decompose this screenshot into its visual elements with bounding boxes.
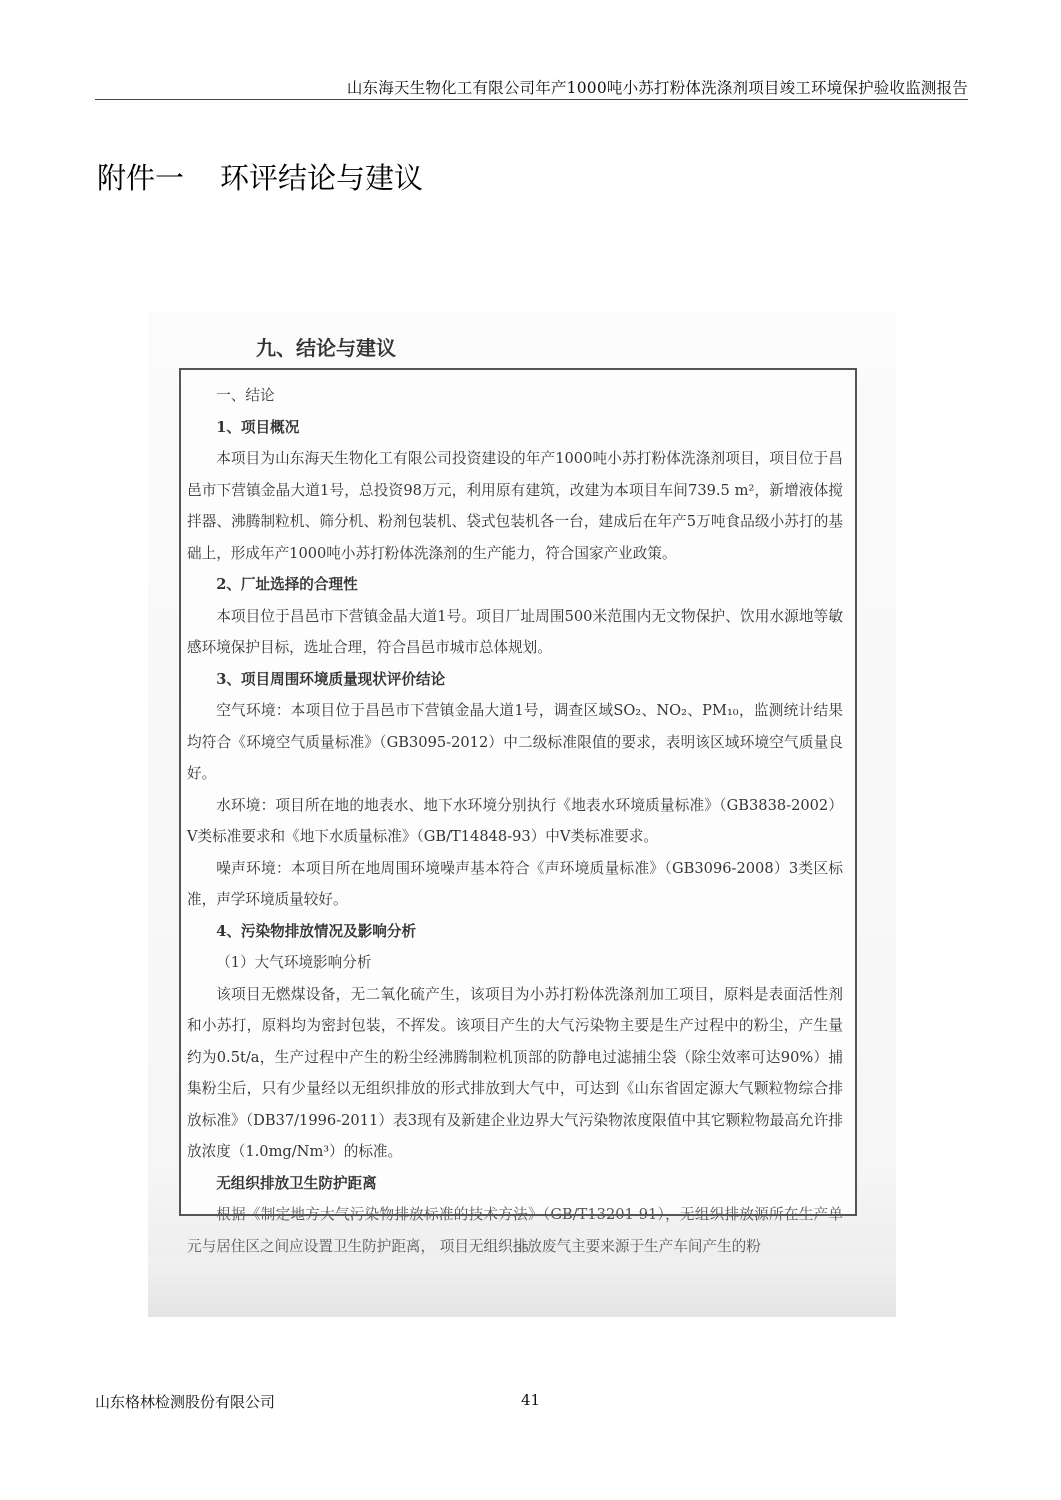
heading-environment-quality: 3、项目周围环境质量现状评价结论 (187, 664, 843, 696)
footer-company: 山东格林检测股份有限公司 (95, 1391, 275, 1412)
scanned-page-number: 35 (148, 1242, 896, 1255)
heading-air-impact: （1）大气环境影响分析 (187, 947, 843, 979)
scan-shadow (148, 1257, 896, 1317)
paragraph-air-environment: 空气环境：本项目位于昌邑市下营镇金晶大道1号，调查区域SO₂、NO₂、PM₁₀，… (187, 695, 843, 790)
heading-site-selection: 2、厂址选择的合理性 (187, 569, 843, 601)
scanned-page-image: 九、结论与建议 一、结论 1、项目概况 本项目为山东海天生物化工有限公司投资建设… (148, 312, 896, 1317)
appendix-label: 附件一 (97, 161, 184, 195)
scanned-section-heading: 九、结论与建议 (256, 332, 396, 361)
paragraph-water-environment: 水环境：项目所在地的地表水、地下水环境分别执行《地表水环境质量标准》（GB383… (187, 790, 843, 853)
appendix-heading: 环评结论与建议 (220, 161, 423, 195)
conclusion-box: 一、结论 1、项目概况 本项目为山东海天生物化工有限公司投资建设的年产1000吨… (179, 368, 857, 1216)
running-header: 山东海天生物化工有限公司年产1000吨小苏打粉体洗涤剂项目竣工环境保护验收监测报… (95, 76, 968, 98)
heading-project-overview: 1、项目概况 (187, 412, 843, 444)
paragraph-noise-environment: 噪声环境：本项目所在地周围环境噪声基本符合《声环境质量标准》（GB3096-20… (187, 853, 843, 916)
paragraph-project-overview: 本项目为山东海天生物化工有限公司投资建设的年产1000吨小苏打粉体洗涤剂项目，项… (187, 443, 843, 569)
heading-conclusion: 一、结论 (187, 380, 843, 412)
header-divider (95, 99, 968, 100)
heading-pollutant-discharge: 4、污染物排放情况及影响分析 (187, 916, 843, 948)
conclusion-content: 一、结论 1、项目概况 本项目为山东海天生物化工有限公司投资建设的年产1000吨… (187, 380, 843, 1262)
footer-page-number: 41 (521, 1391, 540, 1409)
paragraph-air-impact: 该项目无燃煤设备，无二氧化硫产生，该项目为小苏打粉体洗涤剂加工项目，原料是表面活… (187, 979, 843, 1168)
paragraph-site-selection: 本项目位于昌邑市下营镇金晶大道1号。项目厂址周围500米范围内无文物保护、饮用水… (187, 601, 843, 664)
appendix-title: 附件一环评结论与建议 (97, 156, 423, 197)
heading-protection-distance: 无组织排放卫生防护距离 (187, 1168, 843, 1200)
